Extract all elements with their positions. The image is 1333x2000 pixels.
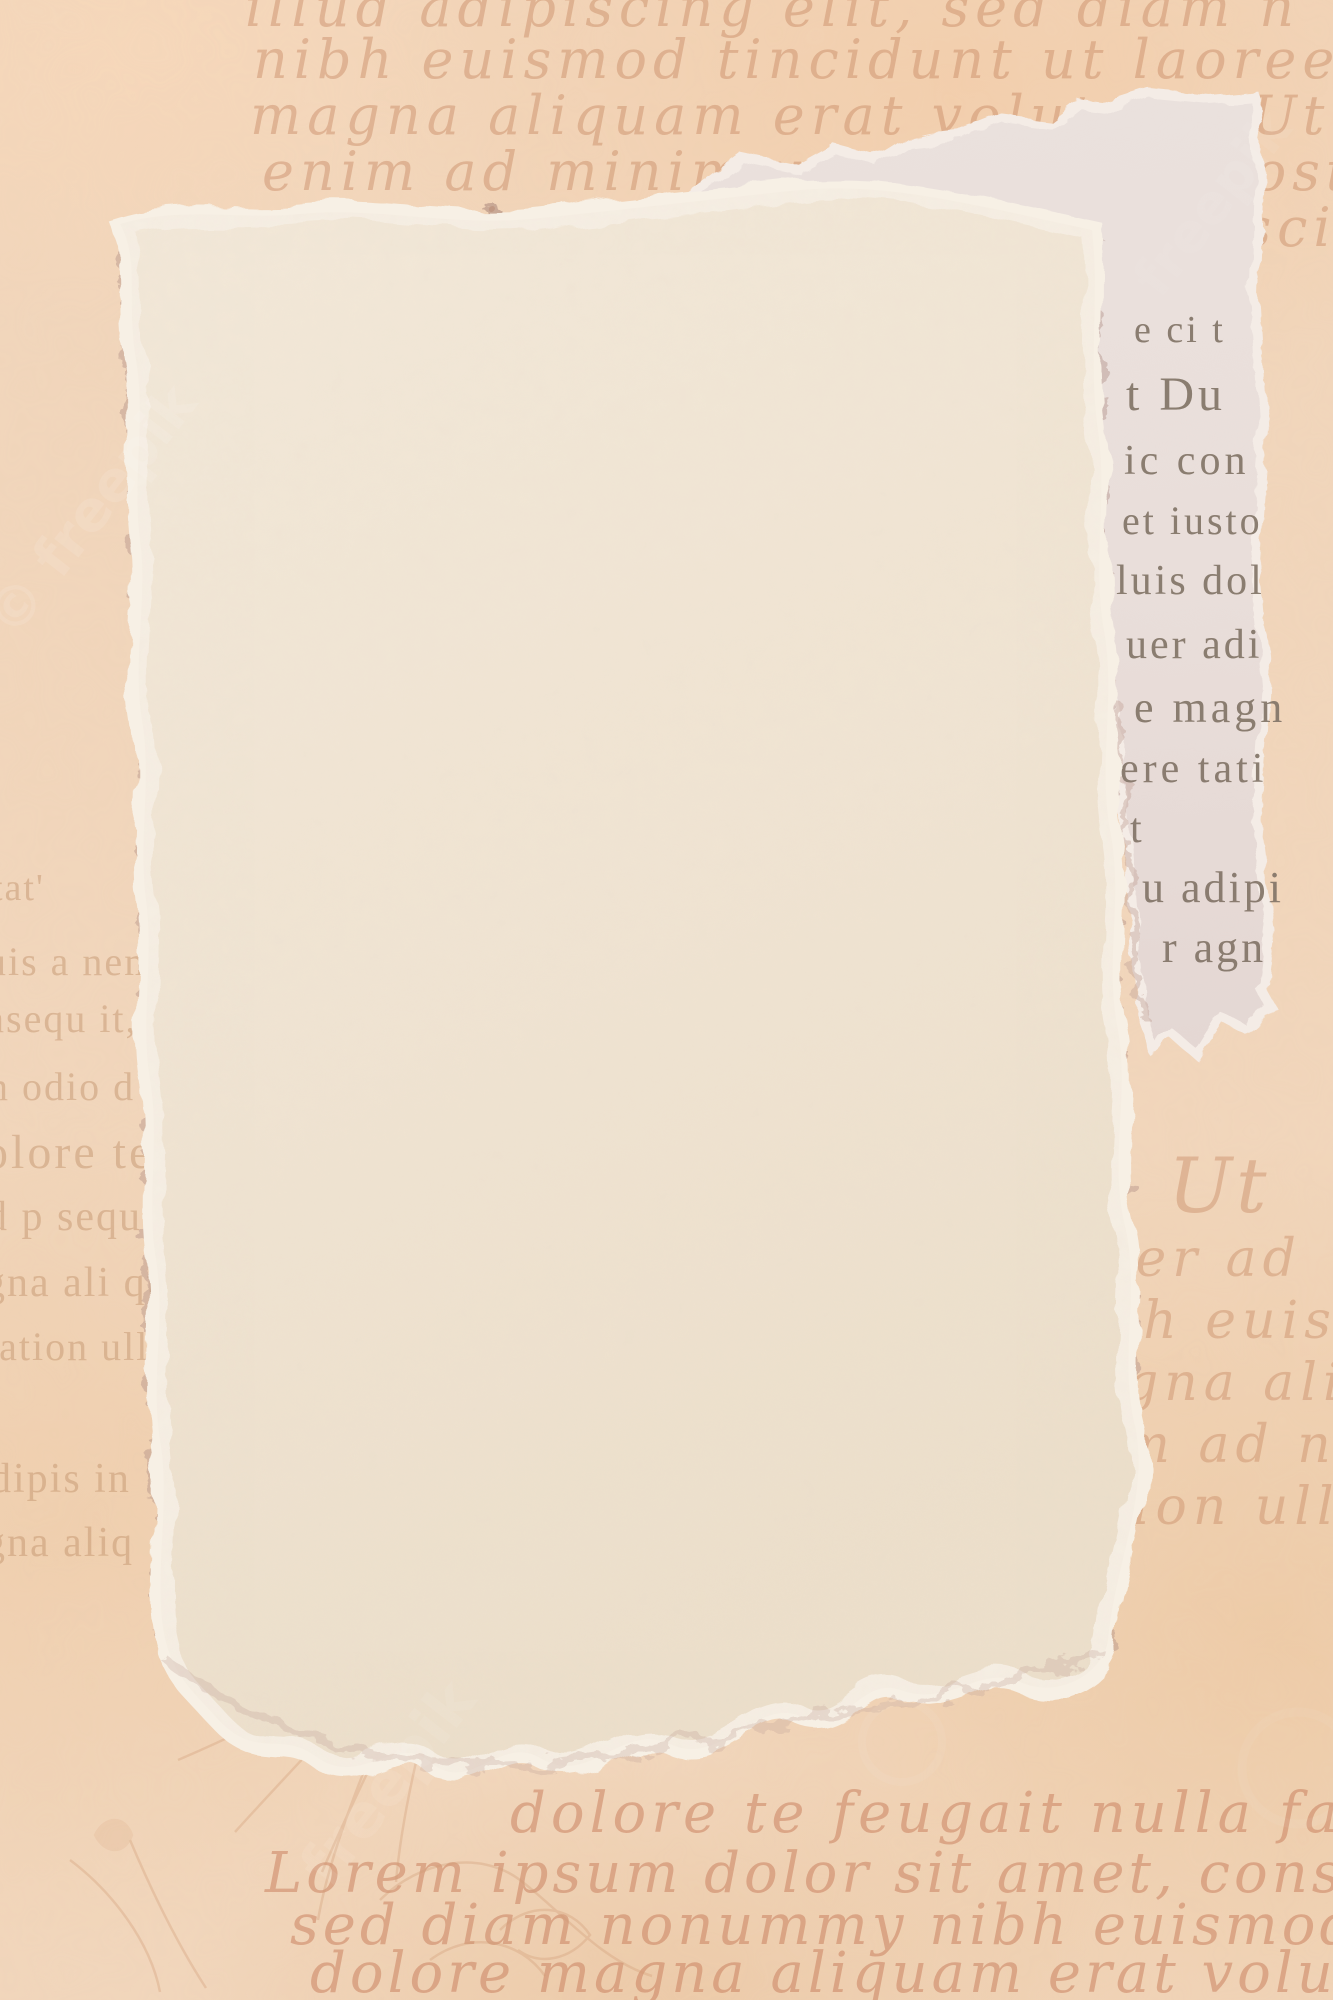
print-fragment: d p sequ xyxy=(0,1194,142,1240)
print-fragment: luis dol xyxy=(1116,558,1265,604)
paper-texture xyxy=(90,160,1170,1840)
print-fragment: nsequ it, xyxy=(0,996,138,1041)
script-line: dolore te feugait nulla fac xyxy=(510,1781,1333,1846)
print-fragment: gna ali qu xyxy=(0,1260,170,1306)
print-fragment: ic con xyxy=(1124,438,1249,484)
print-fragment: tat' xyxy=(0,867,45,909)
print-fragment: et iusto xyxy=(1122,498,1263,543)
print-fragment: r agn xyxy=(1162,923,1266,972)
vintage-paper-collage: illud adipiscing elit, sed diam n nibh e… xyxy=(0,0,1333,2000)
script-line: dolore magna aliquam erat volutpat. xyxy=(310,1941,1333,2000)
print-fragment: t Du xyxy=(1126,368,1226,421)
print-fragment: tation ull xyxy=(0,1324,149,1369)
print-fragment: e magn xyxy=(1134,683,1286,732)
print-fragment: uis a nem xyxy=(0,939,157,984)
collage-canvas: illud adipiscing elit, sed diam n nibh e… xyxy=(0,0,1333,2000)
print-fragment: e ci t xyxy=(1134,309,1226,351)
torn-blank-paper xyxy=(90,160,1170,1840)
print-fragment: t xyxy=(1130,806,1145,852)
print-fragment: olore te xyxy=(0,1126,153,1179)
print-fragment: gna aliq xyxy=(0,1520,134,1566)
print-fragment: n odio d xyxy=(0,1064,135,1109)
print-fragment: ere tati xyxy=(1120,746,1267,792)
print-fragment: uer adi xyxy=(1126,622,1262,668)
print-fragment: dipis in xyxy=(0,1456,131,1502)
script-fragment: Ut xyxy=(1168,1141,1271,1230)
script-line: nibh euismod tincidunt ut laoreet xyxy=(253,28,1333,91)
print-fragment: u adipi xyxy=(1142,863,1284,912)
